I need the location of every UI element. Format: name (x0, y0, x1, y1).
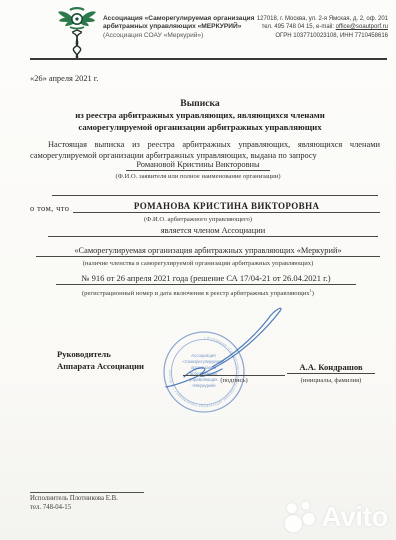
registration-caption: (регистрационный номер и дата включения … (0, 288, 396, 297)
stamp-and-signature: • Ассоциация «Саморегулируемая организац… (148, 303, 298, 421)
sro-name-line: «Саморегулируемая организация арбитражны… (36, 246, 380, 257)
org-email-text: office@soautporf.ru (336, 24, 388, 30)
executor-phone: тел. 748-04-15 (30, 504, 118, 513)
signer-name: А.А. Кондрашов (287, 362, 375, 374)
signer-role-line2: Аппарата Ассоциации (57, 361, 144, 373)
mercury-emblem-logo (56, 6, 98, 60)
document-date: «26» апреля 2021 г. (30, 74, 98, 83)
org-name-line2: арбитражных управляющих «МЕРКУРИЙ» (103, 23, 255, 31)
org-address: 127018, г. Москва, ул. 2-я Ямская, д. 2,… (244, 15, 388, 23)
membership-line: является членом Ассоциации (48, 226, 378, 237)
org-contacts-block: 127018, г. Москва, ул. 2-я Ямская, д. 2,… (244, 15, 388, 40)
caduceus-snakes-icon (73, 30, 82, 59)
signer-role-line1: Руководитель (57, 349, 144, 361)
title-line1: Выписка (28, 98, 372, 110)
registration-caption-text: (регистрационный номер и дата включения … (82, 290, 310, 297)
registration-number-line: № 916 от 26 апреля 2021 года (решение СА… (56, 273, 356, 285)
signer-role: Руководитель Аппарата Ассоциации (57, 349, 144, 372)
org-ogrn-inn: ОГРН 1037710023108, ИНН 7710458616 (244, 32, 388, 40)
header-divider (30, 58, 387, 60)
avito-logo-icon (282, 499, 319, 534)
executor-block: Исполнитель Плотникова Е.В. тел. 748-04-… (30, 495, 118, 512)
sro-caption: (наличие членства в саморегулируемой орг… (0, 260, 396, 267)
org-phone-email: тел. 495 748 04 15, e-mail: office@soaut… (244, 23, 388, 31)
blank-form-line (52, 186, 378, 196)
title-line3: саморегулируемой организации арбитражных… (28, 122, 372, 134)
o-tom-chto-label: о том, что (30, 204, 73, 213)
manager-caption: (Ф.И.О. арбитражного управляющего) (0, 216, 396, 223)
signature-caption: (подпись) (183, 377, 285, 384)
registration-caption-close: ) (312, 290, 314, 297)
org-short-name: (Ассоциация СОАУ «Меркурий») (103, 32, 255, 40)
signer-name-caption: (инициалы, фамилия) (287, 377, 375, 384)
manager-name: РОМАНОВА КРИСТИНА ВИКТОРОВНА (73, 201, 380, 213)
intro-paragraph: Настоящая выписка из реестра арбитражных… (30, 139, 380, 161)
requester-name-line: Романовой Кристины Викторовны (0, 160, 396, 169)
emblem-center-icon (70, 14, 84, 29)
requester-caption: (Ф.И.О. заявителя или полное наименовани… (0, 173, 396, 180)
avito-wordmark: Avito (322, 501, 388, 533)
org-name-block: Ассоциация «Саморегулируемая организация… (103, 15, 255, 40)
title-line2: из реестра арбитражных управляющих, явля… (28, 110, 372, 122)
avito-watermark: Avito (282, 499, 388, 534)
signature-line (183, 375, 285, 376)
requester-name: Романовой Кристины Викторовны (126, 160, 269, 171)
manager-name-row: о том, что РОМАНОВА КРИСТИНА ВИКТОРОВНА (30, 200, 380, 213)
org-phone: тел. 495 748 04 15, e-mail: (262, 24, 336, 30)
document-page: Ассоциация «Саморегулируемая организация… (0, 0, 396, 540)
executor-name: Исполнитель Плотникова Е.В. (30, 495, 118, 504)
document-title: Выписка из реестра арбитражных управляющ… (28, 98, 372, 133)
footnote-divider (30, 492, 144, 493)
